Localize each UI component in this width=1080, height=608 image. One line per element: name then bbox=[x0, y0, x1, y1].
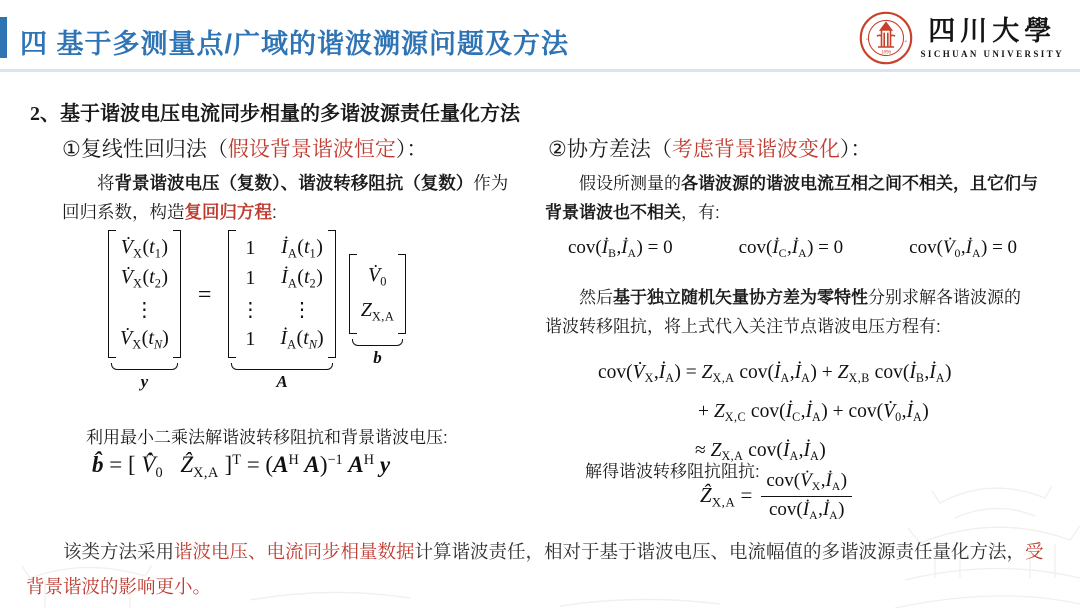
method1-heading-assumption: 假设背景谐波恒定 bbox=[228, 138, 396, 161]
method1-heading-post: ）： bbox=[396, 138, 428, 161]
least-squares-formula: b̂ = [ V̇̂0 ẐX,A ]T = (AH A)−1 AH y bbox=[92, 452, 390, 482]
underbrace-A bbox=[231, 363, 332, 370]
university-seal-icon: 1896 S Y bbox=[859, 11, 913, 65]
solution-fraction: cov(V̇X,İA) cov(İA,İA) bbox=[758, 468, 855, 525]
cov-IB-IA: cov(İB,İA) = 0 bbox=[568, 237, 673, 261]
svg-text:S: S bbox=[865, 37, 870, 41]
label-b: b bbox=[349, 348, 407, 368]
header-divider bbox=[0, 69, 1080, 72]
method2-heading-post: ）： bbox=[840, 138, 872, 161]
university-name-cn: 四川大學 bbox=[928, 17, 1056, 47]
label-A: A bbox=[228, 372, 335, 392]
vector-y: V̇X(t1) V̇X(t2) ⋮ V̇X(tN) y bbox=[108, 230, 181, 392]
y-row-1: V̇X(t1) bbox=[121, 236, 168, 261]
y-row-2: V̇X(t2) bbox=[121, 266, 168, 291]
university-name-en: SICHUAN UNIVERSITY bbox=[921, 49, 1064, 59]
b-row-2: ZX,A bbox=[361, 299, 395, 324]
regression-matrix-equation: V̇X(t1) V̇X(t2) ⋮ V̇X(tN) y = 1İA(t1) 1… bbox=[108, 230, 406, 392]
label-y: y bbox=[108, 372, 181, 392]
cov-IC-IA: cov(İC,İA) = 0 bbox=[739, 237, 844, 261]
method2-heading-assumption: 考虑背景谐波变化 bbox=[672, 138, 840, 161]
logo-text: 四川大學 SICHUAN UNIVERSITY bbox=[921, 17, 1064, 59]
slide-title: 四 基于多测量点/广域的谐波溯源问题及方法 bbox=[20, 22, 569, 61]
impedance-solution-formula: ẐX,A = cov(V̇X,İA) cov(İA,İA) bbox=[700, 468, 855, 525]
method1-heading-pre: ①复线性回归法（ bbox=[62, 138, 228, 161]
method2-heading-pre: ②协方差法（ bbox=[548, 138, 672, 161]
cov-V0-IA: cov(V̇0,İA) = 0 bbox=[909, 237, 1017, 261]
underbrace-b bbox=[352, 339, 404, 346]
method1-description: 将背景谐波电压（复数）、谐波转移阻抗（复数）作为回归系数，构造复回归方程: bbox=[62, 169, 522, 227]
header-accent-bar bbox=[0, 17, 7, 58]
svg-text:Y: Y bbox=[903, 39, 908, 44]
method1-heading: ①复线性回归法（假设背景谐波恒定）： bbox=[62, 133, 427, 163]
equation-line-1: cov(V̇X,İA) = ZX,A cov(İA,İA) + ZX,B … bbox=[598, 356, 952, 395]
fraction-denominator: cov(İA,İA) bbox=[761, 496, 853, 525]
least-squares-label: 利用最小二乘法解谐波转移阻抗和背景谐波电压: bbox=[86, 423, 448, 448]
method2-assumption-text: 假设所测量的各谐波源的谐波电流互相之间不相关，且它们与背景谐波也不相关，有: bbox=[545, 169, 1045, 227]
vector-b: V̇0 ZX,A b bbox=[349, 254, 407, 369]
b-row-1: V̇0 bbox=[368, 264, 387, 289]
solution-lhs: ẐX,A = bbox=[700, 483, 752, 511]
summary-paragraph: 该类方法采用谐波电压、电流同步相量数据计算谐波责任，相对于基于谐波电压、电流幅值… bbox=[26, 534, 1056, 604]
method2-procedure-text: 然后基于独立随机矢量协方差为零特性分别求解各谐波源的谐波转移阻抗，将上式代入关注… bbox=[545, 283, 1033, 341]
section-number: 2、 bbox=[30, 103, 60, 125]
zero-covariance-equations: cov(İB,İA) = 0 cov(İC,İA) = 0 cov(V̇… bbox=[568, 237, 1017, 261]
section-title-text: 基于谐波电压电流同步相量的多谐波源责任量化方法 bbox=[60, 103, 520, 125]
equation-line-2: + ZX,C cov(İC,İA) + cov(V̇0,İA) bbox=[698, 395, 952, 434]
fraction-numerator: cov(V̇X,İA) bbox=[758, 468, 855, 496]
slide: 四 基于多测量点/广域的谐波溯源问题及方法 1896 S Y 四川大學 SICH… bbox=[0, 0, 1080, 608]
y-row-dots: ⋮ bbox=[134, 297, 154, 322]
method2-heading: ②协方差法（考虑背景谐波变化）： bbox=[548, 133, 871, 163]
sichuan-university-logo: 1896 S Y 四川大學 SICHUAN UNIVERSITY bbox=[859, 11, 1064, 65]
y-row-N: V̇X(tN) bbox=[120, 327, 169, 352]
equals-sign: = bbox=[198, 282, 212, 339]
section-title: 2、基于谐波电压电流同步相量的多谐波源责任量化方法 bbox=[30, 97, 520, 126]
underbrace-y bbox=[111, 363, 178, 370]
matrix-A: 1İA(t1) 1İA(t2) ⋮⋮ 1İA(tN) A bbox=[228, 230, 335, 392]
seal-year: 1896 bbox=[881, 50, 891, 55]
covariance-expansion-equation: cov(V̇X,İA) = ZX,A cov(İA,İA) + ZX,B … bbox=[598, 356, 952, 474]
